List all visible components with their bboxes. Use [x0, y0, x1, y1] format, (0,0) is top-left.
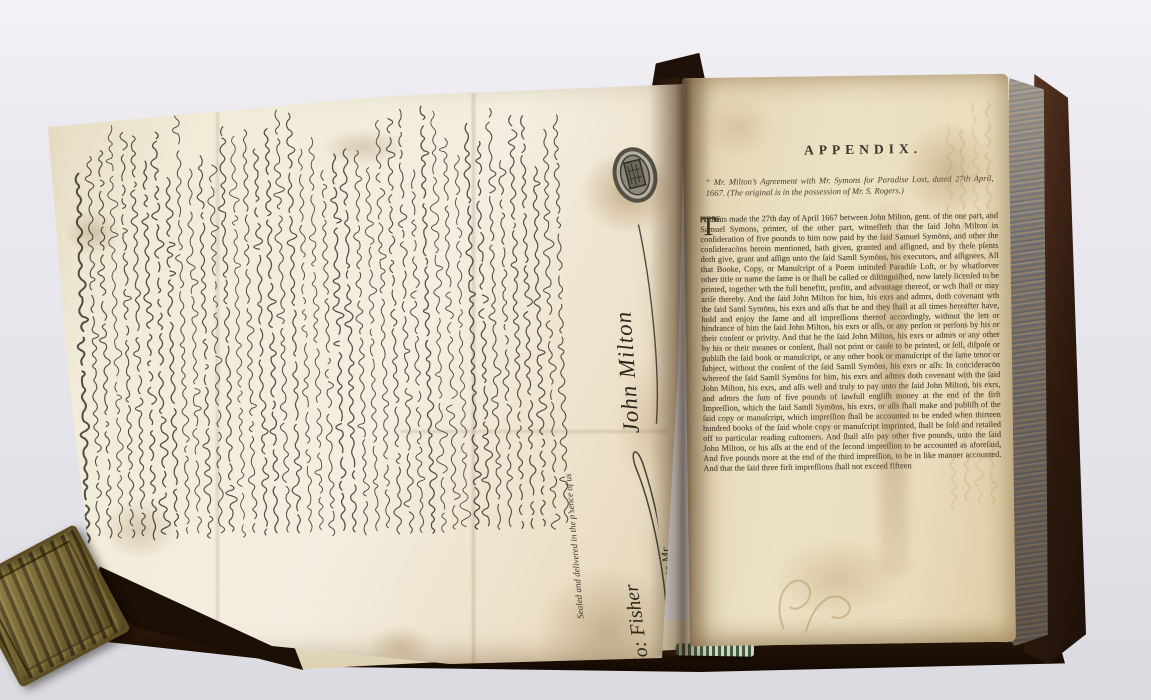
- seal-drawing-icon: [606, 141, 665, 208]
- milton-signature-text: John Milton: [610, 310, 644, 434]
- photo-of-open-antique-book: APPENDIX. “ Mr. Milton’s Agreement with …: [0, 0, 1151, 700]
- ghost-flourish: [761, 564, 882, 638]
- sheet-edge-inscription: Facsimile of the Agreement between Milto…: [30, 299, 66, 560]
- manuscript-handwriting: [70, 102, 571, 545]
- milton-signature: John Milton: [603, 202, 663, 435]
- ink-showthrough-ghost: [940, 90, 998, 511]
- printed-appendix-page: APPENDIX. “ Mr. Milton’s Agreement with …: [682, 74, 1016, 646]
- fisher-signature-text: Jo: Fisher: [620, 583, 653, 668]
